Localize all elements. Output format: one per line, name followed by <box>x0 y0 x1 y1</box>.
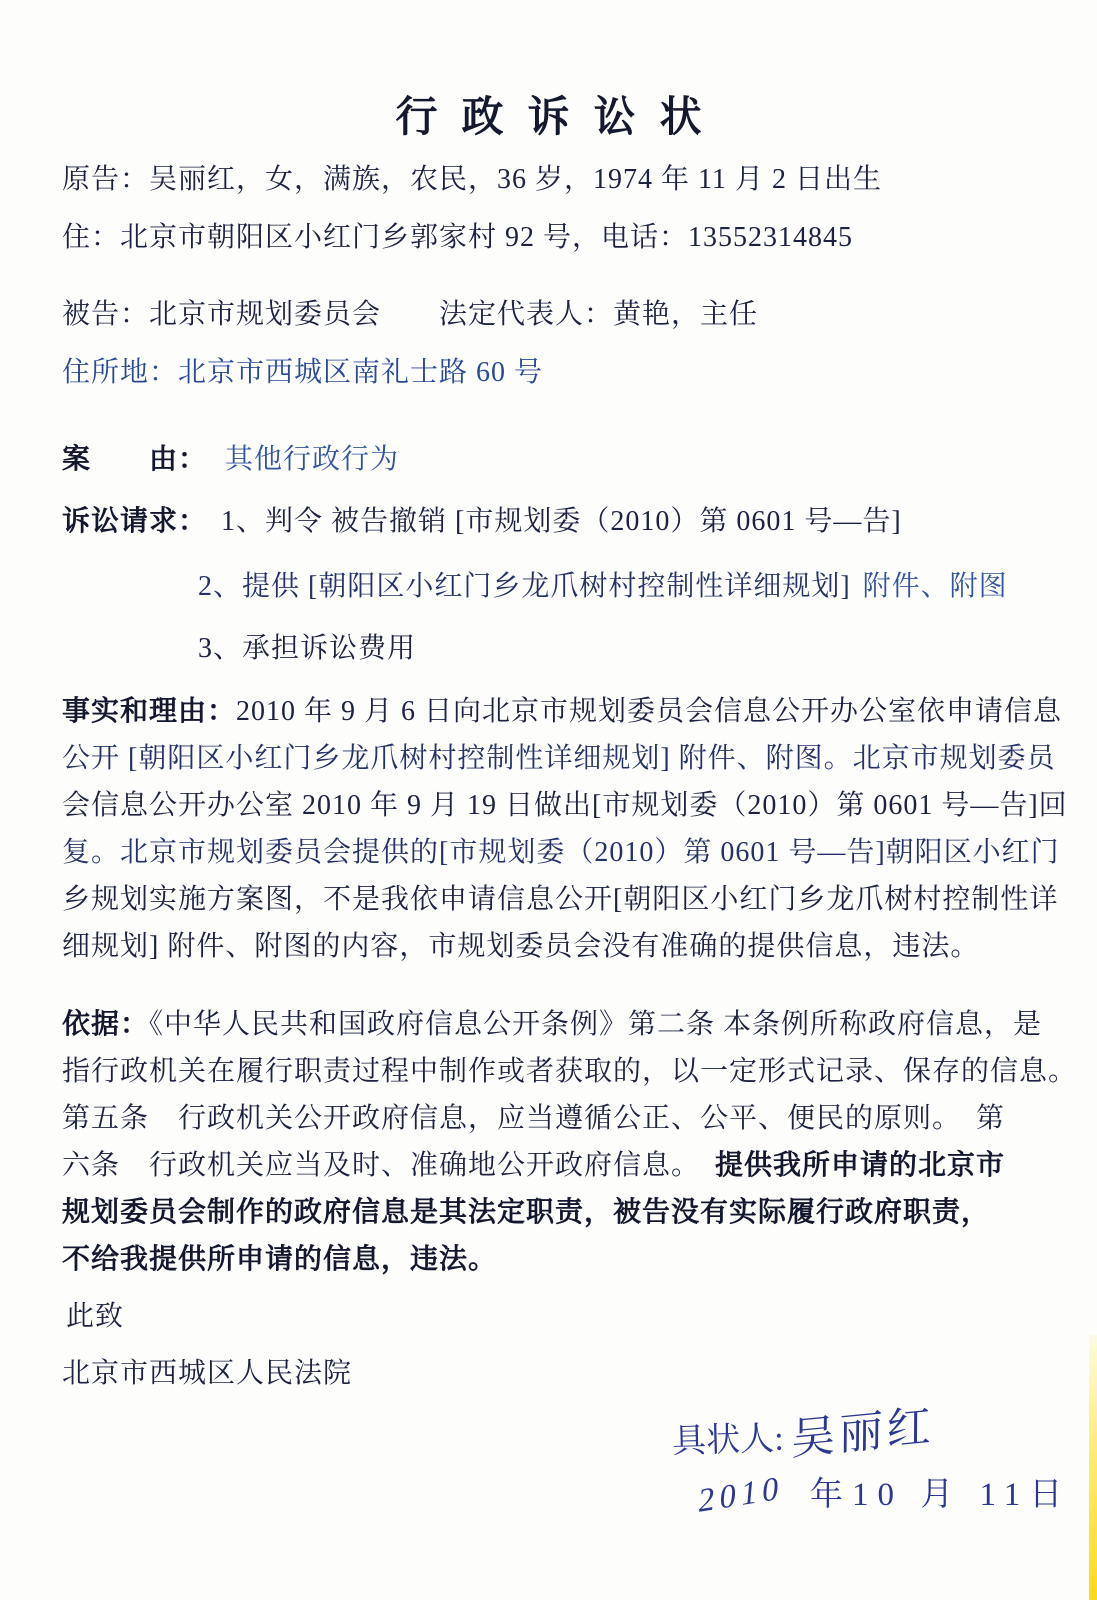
court-name: 北京市西城区人民法院 <box>62 1357 352 1391</box>
cause-value: 其他行政行为 <box>225 444 399 475</box>
plaintiff-address-line: 住：北京市朝阳区小红门乡郭家村 92 号，电话：13552314845 <box>62 221 853 255</box>
facts-label: 事实和理由： <box>62 696 236 727</box>
signer-label: 具状人: <box>672 1421 784 1461</box>
facts-line-1: 事实和理由：2010 年 9 月 6 日向北京市规划委员会信息公开办公室依申请信… <box>62 695 1062 729</box>
basis-line-2: 指行政机关在履行职责过程中制作或者获取的，以一定形式记录、保存的信息。 <box>62 1055 1077 1089</box>
basis-line-3: 第五条 行政机关公开政府信息，应当遵循公正、公平、便民的原则。 第 <box>62 1102 1005 1136</box>
signature-date: 2010年10 月 11日 <box>698 1468 1071 1515</box>
facts-line-5: 乡规划实施方案图，不是我依申请信息公开[朝阳区小红门乡龙爪树村控制性详 <box>62 883 1058 917</box>
basis-label: 依据： <box>62 1009 149 1040</box>
claim-item-1-line: 诉讼请求：1、判令 被告撤销 [市规划委（2010）第 0601 号—告] <box>62 505 902 539</box>
claims-label: 诉讼请求： <box>62 506 207 537</box>
defendant-name: 北京市规划委员会 <box>149 299 381 330</box>
claim-item-2-line: 2、提供 [朝阳区小红门乡龙爪树村控制性详细规划]附件、附图 <box>198 570 1008 604</box>
salutation: 此致 <box>66 1300 124 1334</box>
cause-label: 案 由： <box>62 444 207 475</box>
facts-line-1-text: 2010 年 9 月 6 日向北京市规划委员会信息公开办公室依申请信息 <box>236 696 1062 727</box>
claim-item-3: 3、承担诉讼费用 <box>198 632 416 666</box>
defendant-address-line: 住所地：北京市西城区南礼士路 60 号 <box>62 356 543 390</box>
signature-date-rest: 年10 月 11日 <box>810 1477 1071 1513</box>
scanner-edge-artifact <box>1089 1335 1097 1600</box>
claim-item-1: 1、判令 被告撤销 [市规划委（2010）第 0601 号—告] <box>221 506 902 537</box>
signature-block: 具状人:吴丽红 <box>671 1395 936 1466</box>
defendant-label: 被告： <box>62 299 149 330</box>
facts-line-2: 公开 [朝阳区小红门乡龙爪树村控制性详细规划] 附件、附图。北京市规划委员 <box>62 742 1056 776</box>
facts-line-6: 细规划] 附件、附图的内容，市规划委员会没有准确的提供信息，违法。 <box>62 930 979 964</box>
facts-line-3: 会信息公开办公室 2010 年 9 月 19 日做出[市规划委（2010）第 0… <box>62 789 1068 823</box>
basis-line-4-bold: 提供我所申请的北京市 <box>715 1150 1005 1181</box>
claim-item-2: 2、提供 [朝阳区小红门乡龙爪树村控制性详细规划] <box>198 571 851 602</box>
defendant-line: 被告：北京市规划委员会法定代表人：黄艳，主任 <box>62 298 758 332</box>
cause-line: 案 由：其他行政行为 <box>62 443 399 477</box>
signature-date-year: 2010 <box>697 1470 785 1521</box>
basis-line-6: 不给我提供所申请的信息，违法。 <box>62 1243 497 1277</box>
basis-line-1: 依据：《中华人民共和国政府信息公开条例》第二条 本条例所称政府信息，是 <box>62 1008 1042 1042</box>
document-title: 行政诉讼状 <box>0 84 1097 144</box>
plaintiff-info-line: 原告：吴丽红，女，满族，农民，36 岁，1974 年 11 月 2 日出生 <box>62 163 882 197</box>
legal-representative-name: 黄艳，主任 <box>613 299 758 330</box>
facts-line-4: 复。北京市规划委员会提供的[市规划委（2010）第 0601 号—告]朝阳区小红… <box>62 836 1060 870</box>
claim-item-2-suffix: 附件、附图 <box>863 571 1008 602</box>
basis-line-1-text: 《中华人民共和国政府信息公开条例》第二条 本条例所称政府信息，是 <box>149 1009 1042 1040</box>
basis-line-4: 六条 行政机关应当及时、准确地公开政府信息。 提供我所申请的北京市 <box>62 1149 1005 1183</box>
basis-line-4-regular: 六条 行政机关应当及时、准确地公开政府信息。 <box>62 1150 715 1181</box>
signer-signature: 吴丽红 <box>791 1389 935 1467</box>
scanned-document-page: 行政诉讼状 原告：吴丽红，女，满族，农民，36 岁，1974 年 11 月 2 … <box>0 0 1097 1600</box>
basis-line-5: 规划委员会制作的政府信息是其法定职责，被告没有实际履行政府职责， <box>62 1196 990 1230</box>
legal-representative-label: 法定代表人： <box>439 299 613 330</box>
